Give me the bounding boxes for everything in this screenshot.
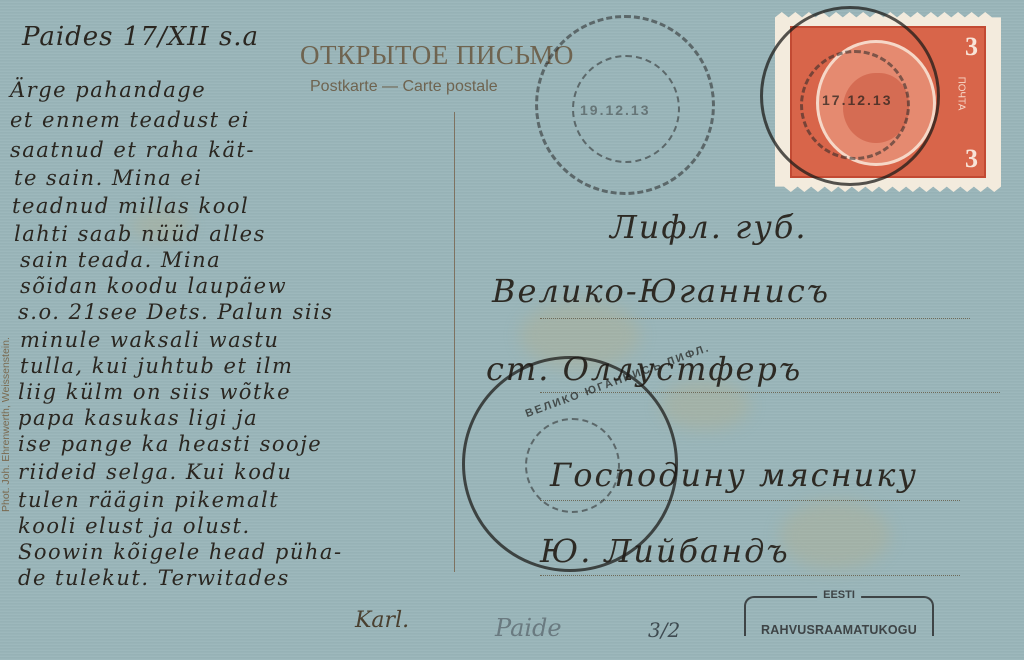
stamp-denomination: 3 — [965, 144, 978, 174]
card-subtitle: Postkarte — Carte postale — [310, 78, 498, 96]
message-line: saatnud et raha kät- — [10, 138, 255, 162]
address-line: Велико-Юганнисъ — [492, 272, 830, 310]
message-line: tulen räägin pikemalt — [18, 488, 279, 512]
postcard: ОТКРЫТОЕ ПИСЬМО Postkarte — Carte postal… — [0, 0, 1024, 660]
pencil-note-number: 3/2 — [648, 618, 680, 642]
address-line: Лифл. губ. — [610, 208, 808, 246]
message-line: liig külm on siis wõtke — [18, 380, 291, 404]
stain — [780, 500, 890, 570]
message-line: Soowin kõigele head püha- — [18, 540, 343, 564]
message-line: s.o. 21see Dets. Palun siis — [18, 300, 334, 324]
message-line: riideid selga. Kui kodu — [18, 460, 292, 484]
message-line: sõidan koodu laupäew — [20, 274, 287, 298]
message-line: papa kasukas ligi ja — [18, 406, 258, 430]
message-dateline: Paides 17/XII s.a — [22, 22, 259, 52]
address-rule — [540, 575, 960, 576]
postmark-inner-ring — [525, 418, 620, 513]
message-line: sain teada. Mina — [20, 248, 221, 272]
message-line: kooli elust ja olust. — [18, 514, 251, 538]
message-line: tulla, kui juhtub et ilm — [20, 354, 293, 378]
message-line: minule waksali wastu — [20, 328, 279, 352]
address-rule — [540, 318, 970, 319]
library-stamp-bottom: RAHVUSRAAMATUKOGU — [744, 623, 934, 637]
pencil-note-place: Paide — [495, 614, 562, 642]
message-line: et ennem teadust ei — [10, 108, 250, 132]
message-line: lahti saab nüüd alles — [14, 222, 266, 246]
signature: Karl. — [355, 608, 409, 633]
postmark-date: 19.12.13 — [580, 102, 651, 118]
stamp-country-label: ПОЧТА — [956, 77, 967, 111]
center-divider — [454, 112, 455, 572]
stamp-denomination: 3 — [965, 32, 978, 62]
message-line: Ärge pahandage — [10, 78, 206, 102]
message-line: de tulekut. Terwitades — [18, 566, 290, 590]
message-line: te sain. Mina ei — [14, 166, 203, 190]
postmark-date: 17.12.13 — [822, 92, 893, 108]
message-line: teadnud millas kool — [12, 194, 249, 218]
message-line: ise pange ka heasti sooje — [18, 432, 322, 456]
photo-credit: Phot. Joh. Ehrenwerth, Weissenstein. — [0, 337, 12, 512]
card-title-russian: ОТКРЫТОЕ ПИСЬМО — [300, 40, 574, 71]
library-stamp-top: EESTI — [817, 589, 861, 601]
